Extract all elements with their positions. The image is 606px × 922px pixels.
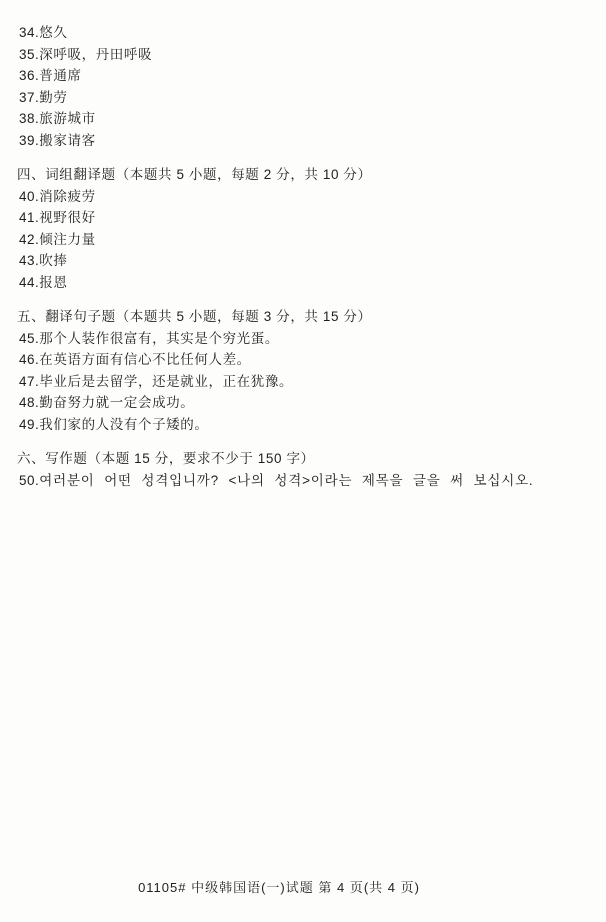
question-item: 36.普通席 (17, 65, 596, 87)
question-text: 勤劳 (39, 90, 67, 105)
question-number: 34. (19, 22, 39, 44)
question-item: 47.毕业后是去留学，还是就业，正在犹豫。 (17, 371, 596, 393)
question-item: 40.消除疲劳 (17, 186, 596, 208)
question-text: 那个人装作很富有，其实是个穷光蛋。 (39, 331, 279, 346)
question-text: 深呼吸，丹田呼吸 (39, 47, 152, 62)
page-footer: 01105# 中级韩国语(一)试题 第 4 页(共 4 页) (0, 880, 558, 895)
question-number: 41. (19, 207, 39, 229)
question-item: 48.勤奋努力就一定会成功。 (17, 392, 596, 414)
question-item: 35.深呼吸，丹田呼吸 (17, 44, 596, 66)
question-number: 36. (19, 65, 39, 87)
question-number: 38. (19, 108, 39, 130)
question-text: 吹捧 (39, 253, 67, 268)
question-number: 47. (19, 371, 39, 393)
question-item: 34.悠久 (17, 22, 596, 44)
question-item: 46.在英语方面有信心不比任何人差。 (17, 349, 596, 371)
question-item: 45.那个人装作很富有，其实是个穷光蛋。 (17, 328, 596, 350)
question-item: 42.倾注力量 (17, 229, 596, 251)
section-heading: 六、写作题（本题 15 分，要求不少于 150 字） (17, 448, 596, 470)
question-text: 여러분이 어떤 성격입니까? <나의 성격>이라는 제목을 글을 써 보십시오. (39, 473, 533, 488)
question-number: 50. (19, 470, 39, 492)
question-number: 35. (19, 44, 39, 66)
question-number: 37. (19, 87, 39, 109)
section-heading: 四、词组翻译题（本题共 5 小题，每题 2 分，共 10 分） (17, 164, 596, 186)
question-number: 43. (19, 250, 39, 272)
question-number: 46. (19, 349, 39, 371)
question-item: 49.我们家的人没有个子矮的。 (17, 414, 596, 436)
question-item: 43.吹捧 (17, 250, 596, 272)
question-text: 旅游城市 (39, 111, 95, 126)
question-text: 倾注力量 (39, 232, 95, 247)
section-heading: 五、翻译句子题（本题共 5 小题，每题 3 分，共 15 分） (17, 306, 596, 328)
question-text: 悠久 (39, 25, 67, 40)
question-item: 39.搬家请客 (17, 130, 596, 152)
question-number: 49. (19, 414, 39, 436)
question-text: 勤奋努力就一定会成功。 (39, 395, 194, 410)
question-number: 42. (19, 229, 39, 251)
question-item: 41.视野很好 (17, 207, 596, 229)
question-number: 45. (19, 328, 39, 350)
question-text: 在英语方面有信心不比任何人差。 (39, 352, 251, 367)
question-item: 38.旅游城市 (17, 108, 596, 130)
page-content: 34.悠久 35.深呼吸，丹田呼吸 36.普通席 37.勤劳 38.旅游城市 3… (17, 22, 596, 491)
question-text: 搬家请客 (39, 133, 95, 148)
question-number: 39. (19, 130, 39, 152)
exam-page: 34.悠久 35.深呼吸，丹田呼吸 36.普通席 37.勤劳 38.旅游城市 3… (0, 0, 606, 922)
question-item: 44.报恩 (17, 272, 596, 294)
question-number: 44. (19, 272, 39, 294)
question-text: 普通席 (39, 68, 81, 83)
question-item: 37.勤劳 (17, 87, 596, 109)
question-text: 毕业后是去留学，还是就业，正在犹豫。 (39, 374, 293, 389)
question-item: 50.여러분이 어떤 성격입니까? <나의 성격>이라는 제목을 글을 써 보십… (17, 470, 596, 492)
question-number: 48. (19, 392, 39, 414)
question-text: 视野很好 (39, 210, 95, 225)
question-text: 报恩 (39, 275, 67, 290)
question-number: 40. (19, 186, 39, 208)
question-text: 我们家的人没有个子矮的。 (39, 417, 208, 432)
question-text: 消除疲劳 (39, 189, 95, 204)
